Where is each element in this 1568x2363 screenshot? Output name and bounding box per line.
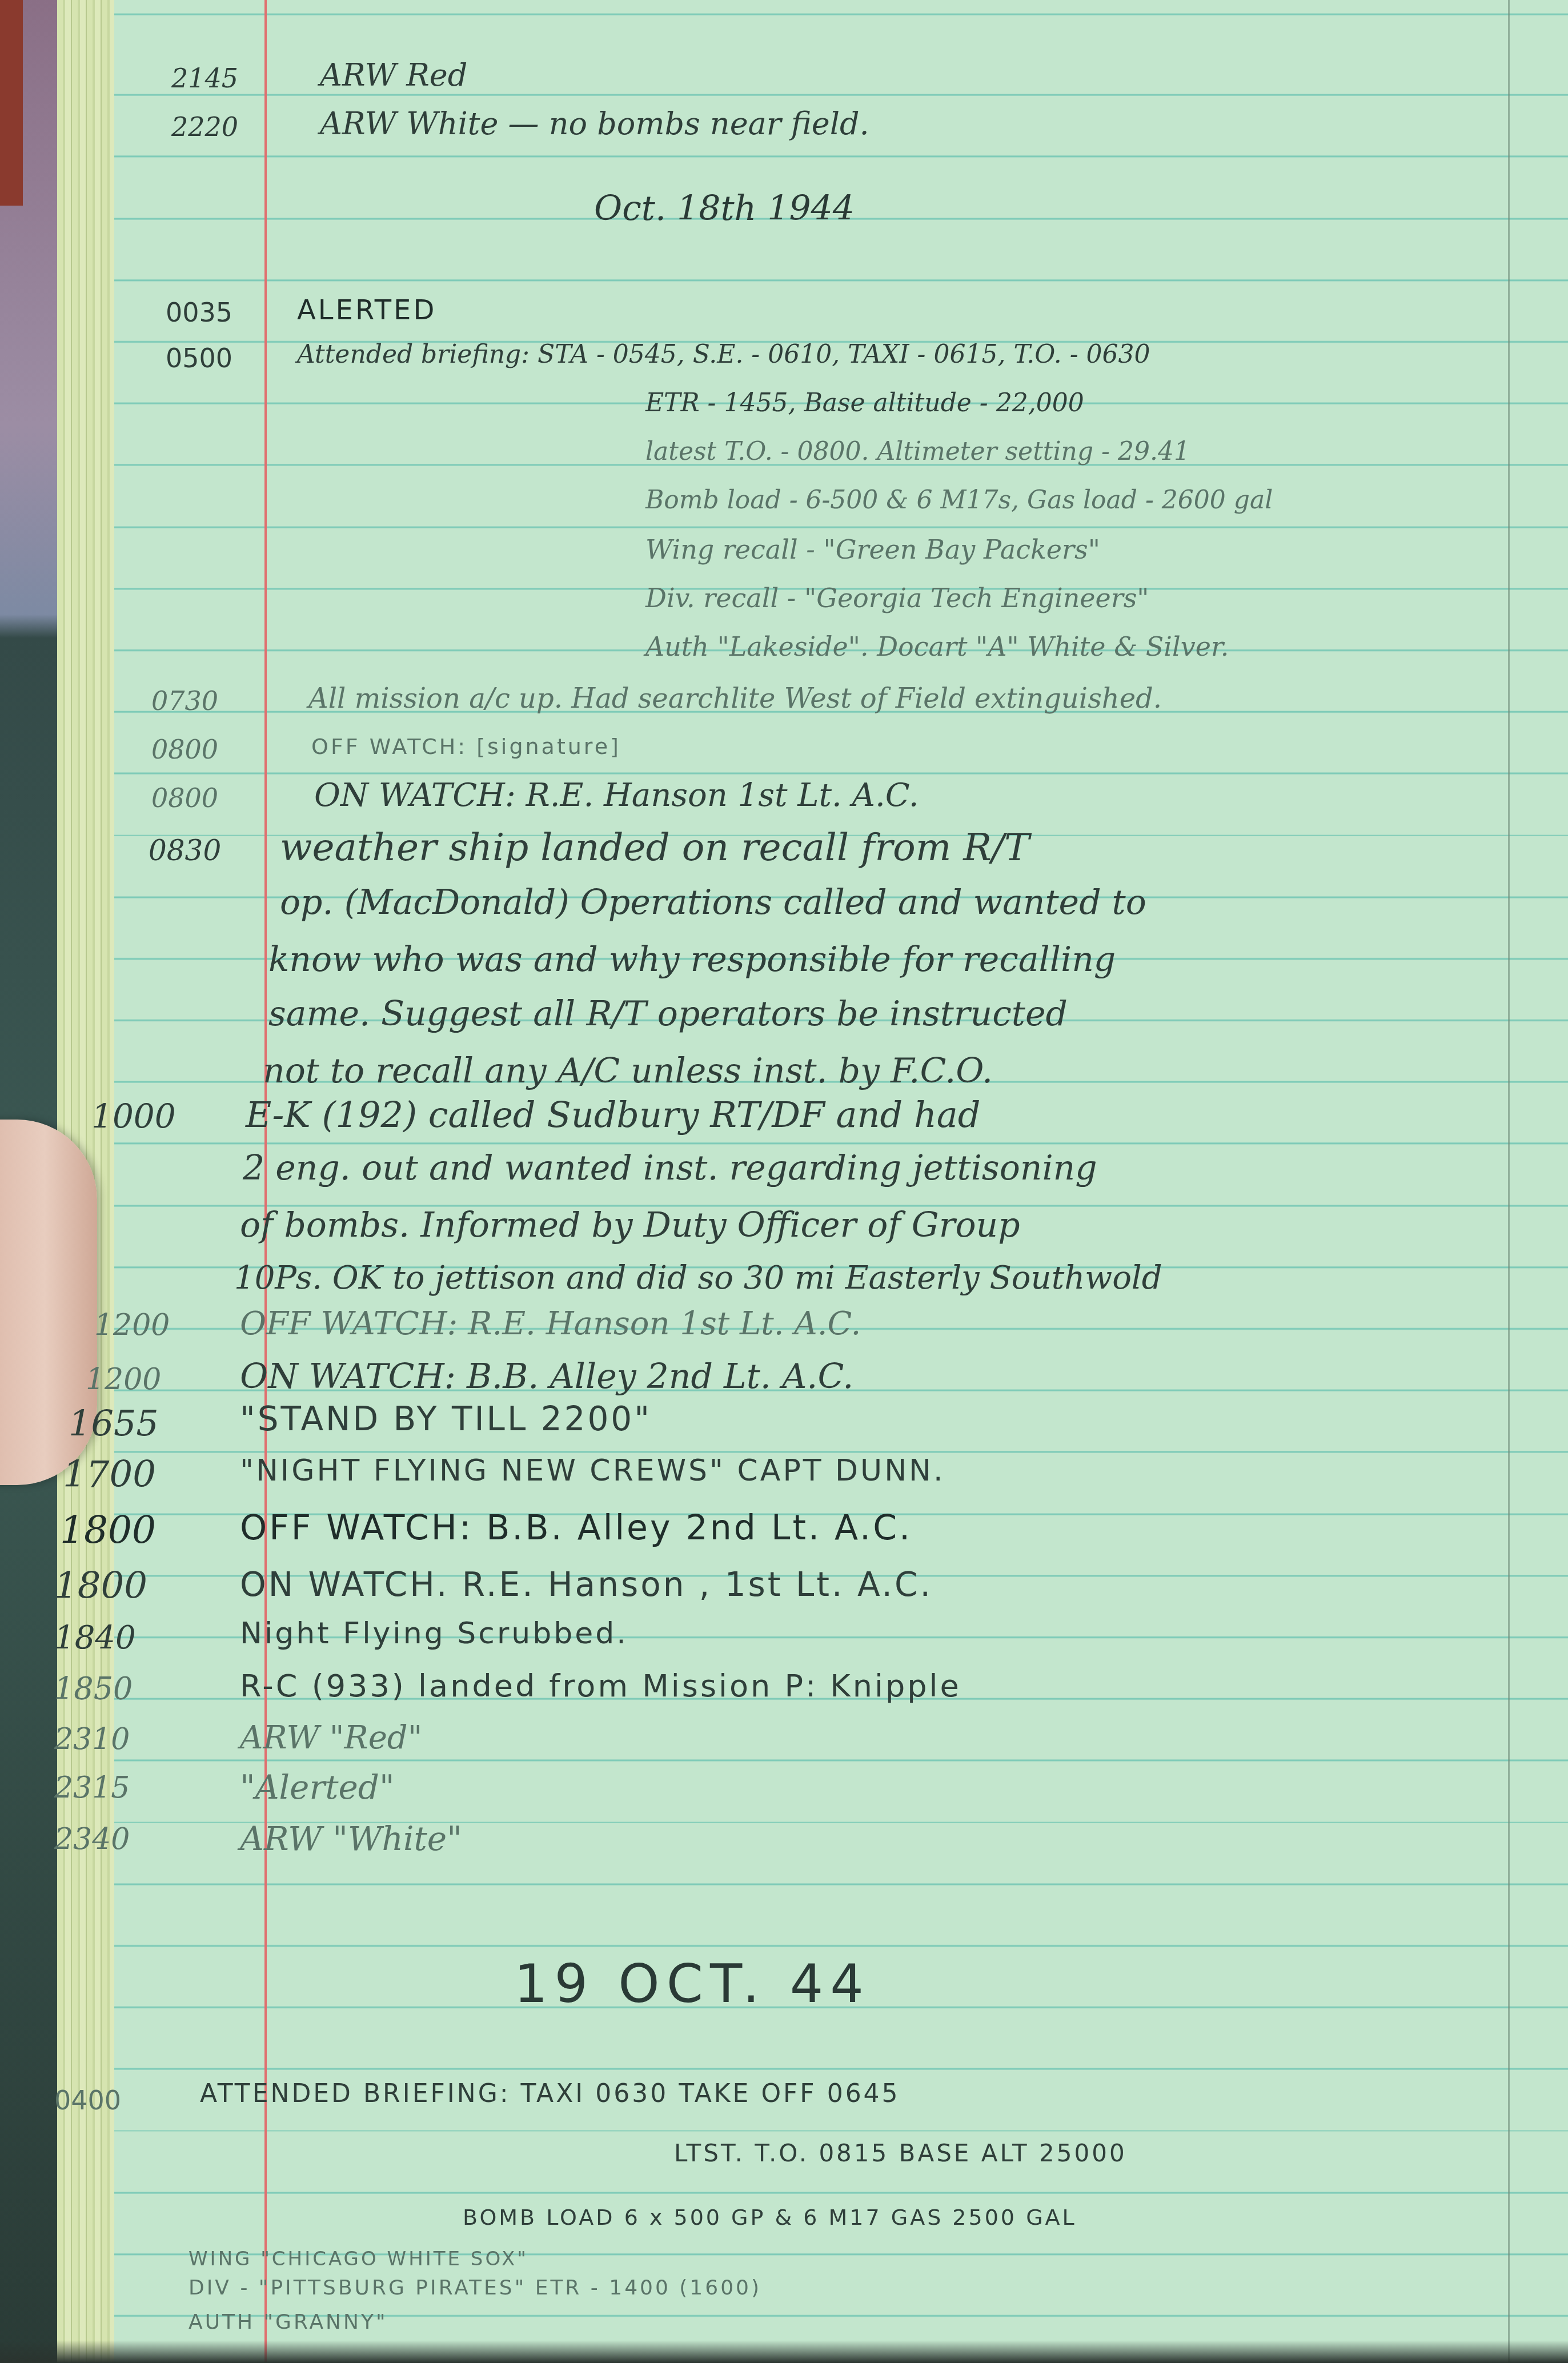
- entry-text: ARW "White": [240, 1819, 462, 1858]
- entry-time: 1800: [54, 1565, 147, 1607]
- entry-text: ETR - 1455, Base altitude - 22,000: [645, 388, 1084, 418]
- entry-text: OFF WATCH: R.E. Hanson 1st Lt. A.C.: [240, 1305, 861, 1342]
- entry-text: AUTH "GRANNY": [189, 2310, 388, 2334]
- entry-time: 1200: [94, 1308, 170, 1342]
- entry-time: 1000: [91, 1097, 176, 1136]
- entry-text: 2 eng. out and wanted inst. regarding je…: [243, 1148, 1097, 1188]
- entry-text: latest T.O. - 0800. Altimeter setting - …: [645, 437, 1190, 466]
- entry-time: 1700: [63, 1454, 156, 1496]
- entry-text: "Alerted": [240, 1768, 395, 1807]
- entry-text: All mission a/c up. Had searchlite West …: [308, 683, 1162, 715]
- entry-text: R-C (933) landed from Mission P: Knipple: [240, 1668, 961, 1704]
- date-heading: 19 OCT. 44: [514, 1953, 871, 2015]
- entry-time: 0800: [151, 734, 218, 765]
- entry-text: WING "CHICAGO WHITE SOX": [189, 2248, 528, 2270]
- entry-text: ATTENDED BRIEFING: TAXI 0630 TAKE OFF 06…: [200, 2079, 900, 2108]
- entry-time: 1800: [60, 1508, 156, 1552]
- entry-text: ON WATCH: R.E. Hanson 1st Lt. A.C.: [314, 777, 919, 814]
- entry-time: 2310: [54, 1722, 130, 1756]
- entry-time: 1200: [86, 1362, 161, 1397]
- entry-time: 2340: [54, 1822, 130, 1856]
- entry-text: op. (MacDonald) Operations called and wa…: [280, 882, 1146, 922]
- entry-text: Attended briefing: STA - 0545, S.E. - 06…: [297, 340, 1150, 369]
- entry-text: LTST. T.O. 0815 BASE ALT 25000: [674, 2139, 1127, 2167]
- entry-text: 10Ps. OK to jettison and did so 30 mi Ea…: [234, 1259, 1162, 1297]
- entry-text: ARW "Red": [240, 1719, 422, 1756]
- entry-text: Wing recall - "Green Bay Packers": [645, 534, 1100, 565]
- entry-text: "NIGHT FLYING NEW CREWS" CAPT DUNN.: [240, 1454, 945, 1488]
- book-cover-edge: [0, 0, 23, 206]
- entry-text: OFF WATCH: B.B. Alley 2nd Lt. A.C.: [240, 1508, 912, 1548]
- entry-text: know who was and why responsible for rec…: [268, 940, 1116, 980]
- entry-time: 0830: [149, 834, 221, 867]
- entry-text: same. Suggest all R/T operators be instr…: [268, 994, 1068, 1034]
- entry-text: Bomb load - 6-500 & 6 M17s, Gas load - 2…: [645, 486, 1273, 515]
- entry-time: 2220: [171, 111, 238, 142]
- entry-text: ON WATCH. R.E. Hanson , 1st Lt. A.C.: [240, 1565, 933, 1604]
- entry-time: 0730: [151, 685, 218, 716]
- entry-time: 2145: [171, 63, 238, 94]
- entry-time: 2315: [54, 1771, 130, 1805]
- entry-time: 1850: [54, 1671, 133, 1707]
- entry-time: 0800: [151, 783, 218, 813]
- entry-time: 0500: [166, 343, 232, 374]
- entry-time: 0400: [54, 2085, 121, 2116]
- entry-text: ALERTED: [297, 294, 436, 326]
- entry-text: Div. recall - "Georgia Tech Engineers": [645, 583, 1149, 613]
- page-fold: [1508, 0, 1510, 2363]
- entry-text: BOMB LOAD 6 x 500 GP & 6 M17 GAS 2500 GA…: [463, 2205, 1077, 2230]
- entry-text: weather ship landed on recall from R/T: [280, 825, 1029, 869]
- entry-text: "STAND BY TILL 2200": [240, 1399, 652, 1438]
- entry-text: Auth "Lakeside". Docart "A" White & Silv…: [645, 631, 1229, 662]
- bottom-shadow: [0, 2340, 1568, 2363]
- entry-text: Night Flying Scrubbed.: [240, 1616, 628, 1651]
- entry-time: 0035: [166, 297, 232, 328]
- entry-text: of bombs. Informed by Duty Officer of Gr…: [240, 1205, 1020, 1245]
- date-heading: Oct. 18th 1944: [594, 188, 855, 228]
- entry-text: OFF WATCH: [signature]: [311, 734, 621, 759]
- entry-text: not to recall any A/C unless inst. by F.…: [263, 1051, 993, 1091]
- entry-time: 1840: [54, 1619, 136, 1656]
- entry-text: ON WATCH: B.B. Alley 2nd Lt. A.C.: [240, 1357, 853, 1397]
- entry-text: ARW Red: [320, 57, 467, 93]
- entry-text: ARW White — no bombs near field.: [320, 106, 869, 142]
- entry-text: DIV - "PITTSBURG PIRATES" ETR - 1400 (16…: [189, 2276, 761, 2300]
- entry-time: 1655: [69, 1402, 159, 1444]
- entry-text: E-K (192) called Sudbury RT/DF and had: [246, 1094, 980, 1136]
